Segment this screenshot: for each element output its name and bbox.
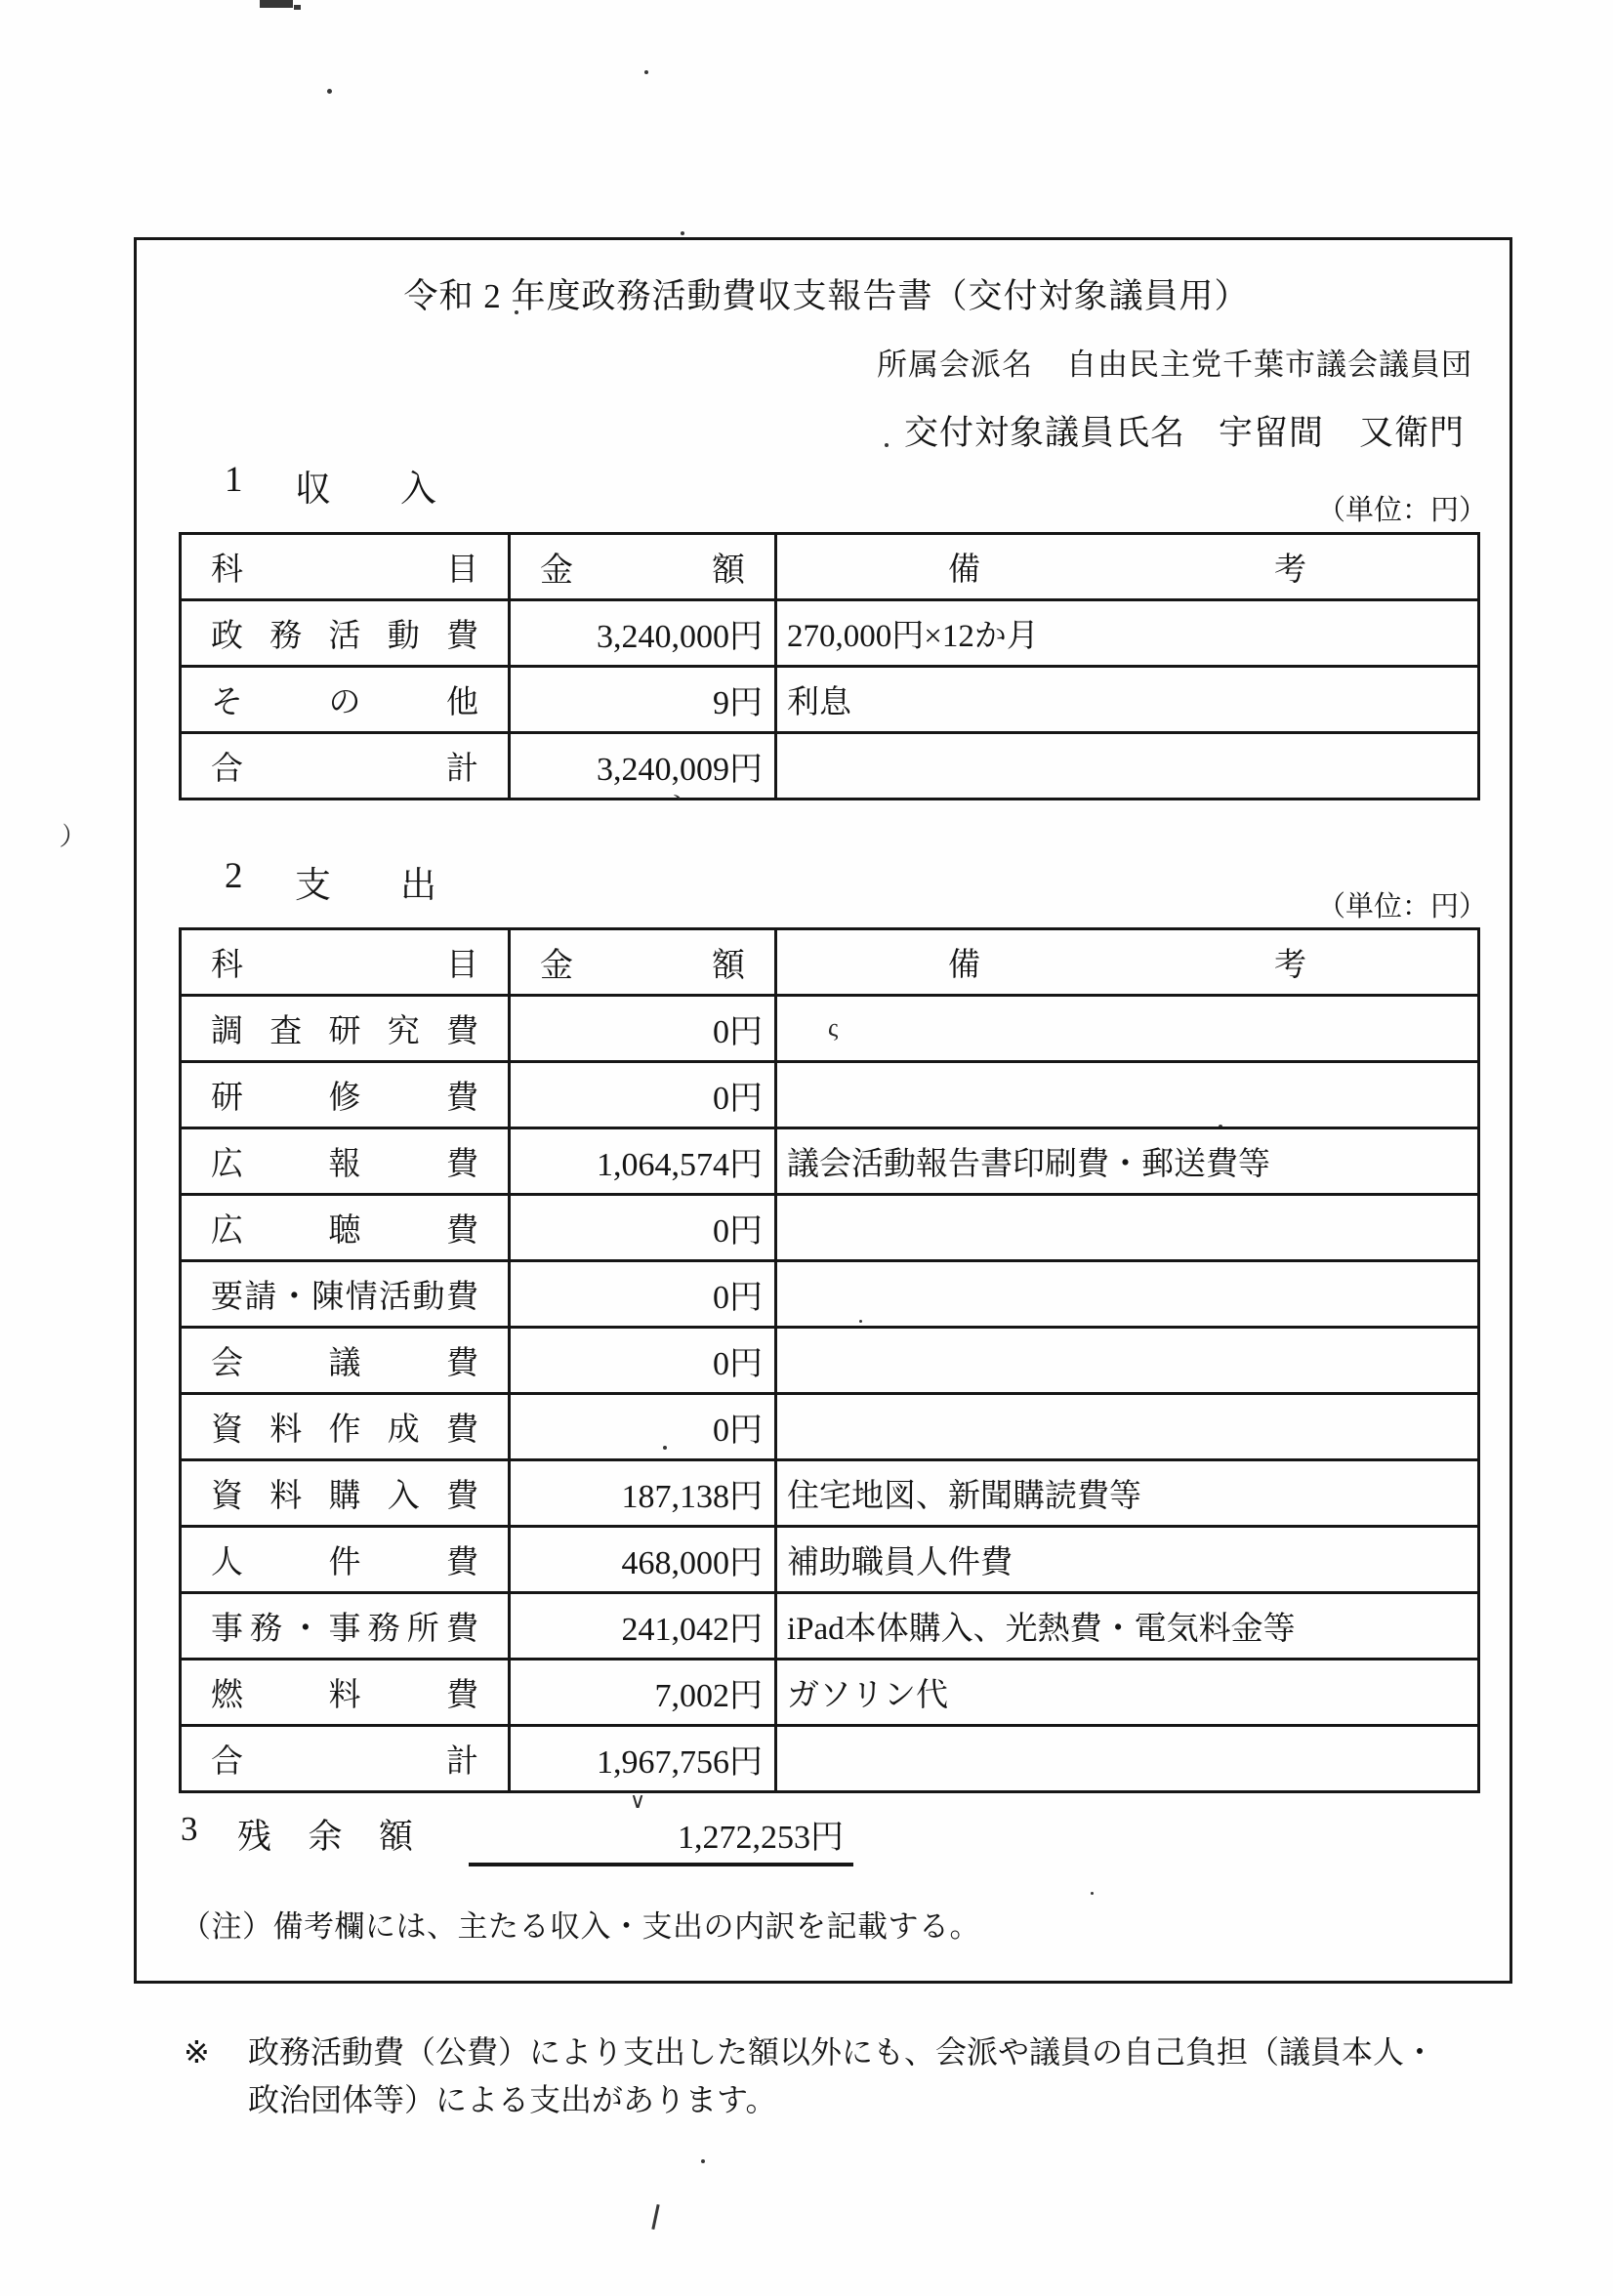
expense-header-row: 科目 金額 備考	[182, 930, 1477, 994]
table-row: 研修費 0円	[182, 1060, 1477, 1127]
table-row: 合計 1,967,756円	[182, 1724, 1477, 1790]
table-row: 政務活動費 3,240,000円 270,000円×12か月	[182, 598, 1477, 665]
kome-mark: ※	[184, 2029, 248, 2124]
table-row: 会議費 0円	[182, 1326, 1477, 1392]
remark-instruction-note: （注）備考欄には、主たる収入・支出の内訳を記載する。	[181, 1902, 980, 1946]
scan-speck	[859, 1320, 862, 1323]
expense-item-label: 人件費	[211, 1537, 478, 1582]
expense-remark: 議会活動報告書印刷費・郵送費等	[777, 1129, 1477, 1193]
expense-amount: 0円	[511, 1262, 777, 1326]
scan-speck	[1091, 1892, 1094, 1895]
table-row: 要請・陳情活動費 0円	[182, 1259, 1477, 1326]
expense-remark	[777, 1196, 1477, 1259]
income-item-label: 合計	[211, 743, 478, 789]
scan-speck	[1219, 1125, 1222, 1128]
expense-remark	[777, 1727, 1477, 1790]
expense-remark: ガソリン代	[777, 1660, 1477, 1724]
table-row: 事務・事務所費 241,042円 iPad本体購入、光熱費・電気料金等	[182, 1591, 1477, 1658]
self-funding-note-text: 政務活動費（公費）により支出した額以外にも、会派や議員の自己負担（議員本人・ 政…	[248, 2029, 1435, 2124]
expense-item-label: 広聴費	[211, 1205, 478, 1250]
expense-item-label: 燃料費	[211, 1669, 478, 1715]
expense-header-amount: 金額	[540, 938, 745, 986]
scan-speck	[644, 70, 648, 74]
income-header-amount: 金額	[540, 543, 745, 591]
expense-amount: 187,138円	[511, 1461, 777, 1525]
table-row: 人件費 468,000円 補助職員人件費	[182, 1525, 1477, 1591]
income-remark: 利息	[777, 668, 1477, 731]
expense-remark	[777, 1262, 1477, 1326]
table-row: 資料作成費 0円	[182, 1392, 1477, 1458]
balance-section-title: 残余額	[237, 1810, 413, 1859]
balance-underline	[469, 1863, 853, 1866]
faction-line: 所属会派名自由民主党千葉市議会議員団	[179, 340, 1472, 384]
expense-item-label: 会議費	[211, 1337, 478, 1383]
expense-amount: 1,967,756円	[511, 1727, 777, 1790]
scan-speck	[701, 2159, 705, 2163]
expense-amount: 468,000円	[511, 1528, 777, 1591]
scan-mark: ς	[828, 1013, 838, 1043]
income-amount: 3,240,009円	[511, 734, 777, 798]
scan-speck	[885, 443, 889, 447]
expense-amount: 241,042円	[511, 1594, 777, 1658]
document-title: 令和 2 年度政務活動費収支報告書（交付対象議員用）	[179, 269, 1474, 318]
income-item-label: その他	[211, 676, 478, 722]
table-row: 燃料費 7,002円 ガソリン代	[182, 1658, 1477, 1724]
income-unit-note: （単位：円）	[179, 488, 1487, 528]
scan-speck	[260, 0, 293, 8]
income-item-label: 政務活動費	[211, 610, 478, 656]
income-remark: 270,000円×12か月	[777, 601, 1477, 665]
expense-remark	[777, 1063, 1477, 1127]
income-amount: 9円	[511, 668, 777, 731]
expense-amount: 0円	[511, 1395, 777, 1458]
expense-remark: 補助職員人件費	[777, 1528, 1477, 1591]
expense-item-label: 合計	[211, 1736, 478, 1782]
expense-amount: 1,064,574円	[511, 1129, 777, 1193]
note-line-2: 政治団体等）による支出があります。	[248, 2082, 776, 2117]
member-line: 交付対象議員氏名宇留間 又衛門	[179, 406, 1465, 455]
expense-unit-note: （単位：円）	[179, 884, 1487, 924]
expense-item-label: 資料作成費	[211, 1404, 478, 1450]
expense-remark	[777, 1329, 1477, 1392]
scanned-report-page: 令和 2 年度政務活動費収支報告書（交付対象議員用） 所属会派名自由民主党千葉市…	[0, 0, 1613, 2296]
scan-speck	[651, 2204, 659, 2230]
scan-mark: ）	[59, 816, 89, 855]
scan-speck	[327, 89, 332, 94]
table-row: その他 9円 利息	[182, 665, 1477, 731]
expense-header-item: 科目	[211, 939, 478, 985]
expense-table: 科目 金額 備考 調査研究費 0円 研修費 0円 広報費 1,064,574円 …	[179, 927, 1480, 1793]
balance-amount: 1,272,253円	[469, 1810, 844, 1858]
income-amount: 3,240,000円	[511, 601, 777, 665]
expense-remark	[777, 1395, 1477, 1458]
expense-header-remark: 備考	[948, 939, 1306, 985]
expense-item-label: 広報費	[211, 1138, 478, 1184]
expense-item-label: 研修費	[211, 1072, 478, 1118]
note-line-1: 政務活動費（公費）により支出した額以外にも、会派や議員の自己負担（議員本人・	[248, 2034, 1435, 2070]
expense-amount: 0円	[511, 997, 777, 1060]
scan-mark: ∨	[630, 1788, 645, 1814]
expense-item-label: 事務・事務所費	[211, 1603, 478, 1649]
scan-speck	[515, 310, 518, 314]
expense-remark: iPad本体購入、光熱費・電気料金等	[777, 1594, 1477, 1658]
self-funding-note: ※ 政務活動費（公費）により支出した額以外にも、会派や議員の自己負担（議員本人・…	[184, 2029, 1435, 2124]
expense-remark	[777, 997, 1477, 1060]
expense-item-label: 調査研究費	[211, 1005, 478, 1051]
table-row: 合計 3,240,009円	[182, 731, 1477, 798]
table-row: 資料購入費 187,138円 住宅地図、新聞購読費等	[182, 1458, 1477, 1525]
expense-item-label: 資料購入費	[211, 1470, 478, 1516]
faction-name: 自由民主党千葉市議会議員団	[1066, 348, 1472, 382]
table-row: 広報費 1,064,574円 議会活動報告書印刷費・郵送費等	[182, 1127, 1477, 1193]
income-header-row: 科目 金額 備考	[182, 535, 1477, 598]
income-table: 科目 金額 備考 政務活動費 3,240,000円 270,000円×12か月 …	[179, 532, 1480, 800]
member-name: 宇留間 又衛門	[1219, 414, 1465, 452]
income-header-item: 科目	[211, 544, 478, 590]
table-row: 広聴費 0円	[182, 1193, 1477, 1259]
income-header-remark: 備考	[948, 544, 1306, 590]
scan-speck	[294, 5, 301, 10]
faction-label: 所属会派名	[877, 348, 1033, 382]
expense-amount: 0円	[511, 1196, 777, 1259]
expense-amount: 0円	[511, 1063, 777, 1127]
member-label: 交付対象議員氏名	[904, 414, 1185, 452]
expense-remark: 住宅地図、新聞購読費等	[777, 1461, 1477, 1525]
scan-speck	[681, 231, 684, 235]
expense-amount: 0円	[511, 1329, 777, 1392]
balance-section-number: 3	[181, 1810, 237, 1859]
income-remark	[777, 734, 1477, 798]
expense-item-label: 要請・陳情活動費	[211, 1271, 478, 1317]
expense-amount: 7,002円	[511, 1660, 777, 1724]
scan-speck	[663, 1446, 667, 1450]
balance-section-heading: 3 残余額	[181, 1810, 413, 1859]
